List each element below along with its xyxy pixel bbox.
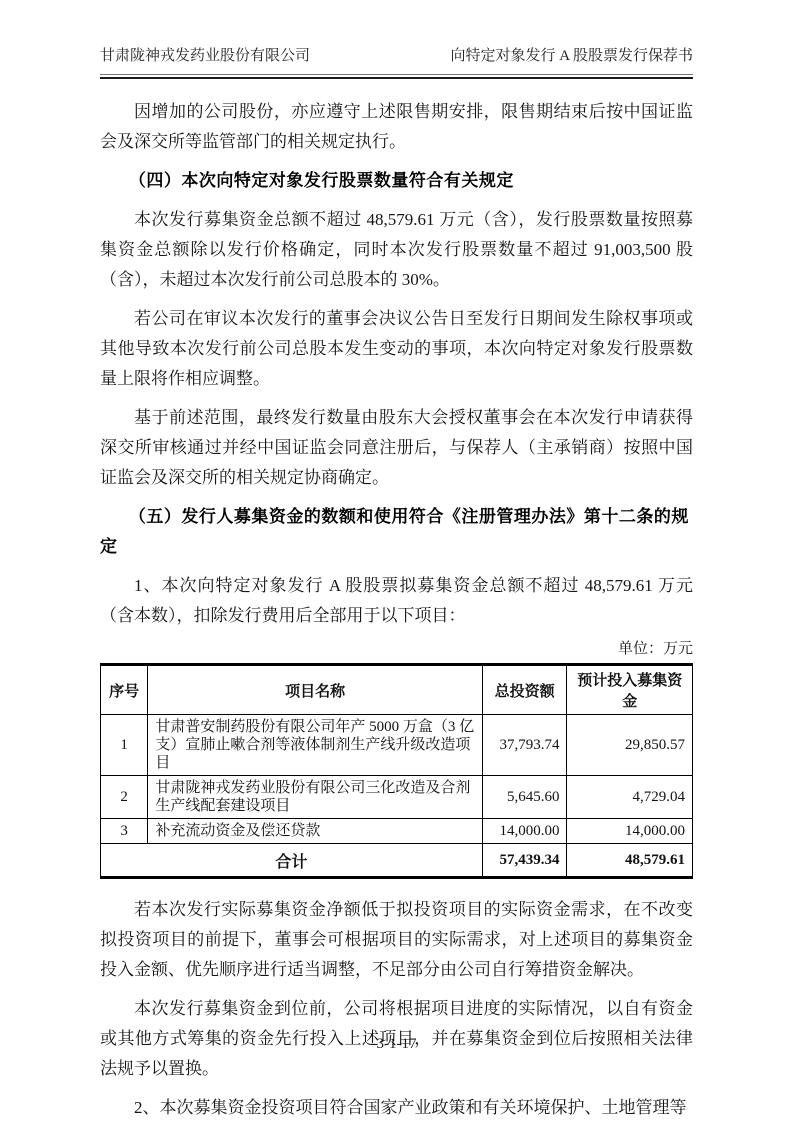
paragraph-issue-amount: 本次发行募集资金总额不超过 48,579.61 万元（含），发行股票数量按照募集… — [100, 205, 693, 295]
row3-no: 3 — [101, 819, 148, 844]
row1-raised-funds: 29,850.57 — [567, 715, 693, 776]
row3-total-investment: 14,000.00 — [482, 819, 567, 844]
fund-usage-table: 序号 项目名称 总投资额 预计投入募集资金 1 甘肃普安制药股份有限公司年产 5… — [100, 663, 693, 879]
row2-no: 2 — [101, 776, 148, 819]
header-divider-rule — [100, 74, 693, 79]
row1-project-name: 甘肃普安制药股份有限公司年产 5000 万盒（3 亿支）宣肺止嗽合剂等液体制剂生… — [148, 715, 482, 776]
table-row: 1 甘肃普安制药股份有限公司年产 5000 万盒（3 亿支）宣肺止嗽合剂等液体制… — [101, 715, 693, 776]
col-header-project-name: 项目名称 — [148, 665, 482, 715]
paragraph-final-quantity: 基于前述范围，最终发行数量由股东大会授权董事会在本次发行申请获得深交所审核通过并… — [100, 403, 693, 493]
row1-no: 1 — [101, 715, 148, 776]
col-header-raised-funds: 预计投入募集资金 — [567, 665, 693, 715]
row2-total-investment: 5,645.60 — [482, 776, 567, 819]
document-page: 甘肃陇神戎发药业股份有限公司 向特定对象发行 A 股股票发行保荐书 因增加的公司… — [0, 0, 793, 1122]
row2-raised-funds: 4,729.04 — [567, 776, 693, 819]
row2-project-name: 甘肃陇神戎发药业股份有限公司三化改造及合剂生产线配套建设项目 — [148, 776, 482, 819]
paragraph-use-intro: 1、本次向特定对象发行 A 股股票拟募集资金总额不超过 48,579.61 万元… — [100, 571, 693, 631]
table-total-row: 合计 57,439.34 48,579.61 — [101, 844, 693, 878]
paragraph-carryover: 因增加的公司股份，亦应遵守上述限售期安排，限售期结束后按中国证监会及深交所等监管… — [100, 97, 693, 157]
section-heading-5: （五）发行人募集资金的数额和使用符合《注册管理办法》第十二条的规定 — [100, 502, 693, 562]
page-header: 甘肃陇神戎发药业股份有限公司 向特定对象发行 A 股股票发行保荐书 — [100, 46, 693, 66]
col-header-no: 序号 — [101, 665, 148, 715]
paragraph-policy: 2、本次募集资金投资项目符合国家产业政策和有关环境保护、土地管理等 — [100, 1093, 693, 1122]
header-company-name: 甘肃陇神戎发药业股份有限公司 — [100, 46, 310, 66]
table-row: 2 甘肃陇神戎发药业股份有限公司三化改造及合剂生产线配套建设项目 5,645.6… — [101, 776, 693, 819]
header-doc-title: 向特定对象发行 A 股股票发行保荐书 — [450, 46, 693, 66]
document-body: 因增加的公司股份，亦应遵守上述限售期安排，限售期结束后按中国证监会及深交所等监管… — [100, 97, 693, 1122]
table-row: 3 补充流动资金及偿还贷款 14,000.00 14,000.00 — [101, 819, 693, 844]
total-row-raised-funds: 48,579.61 — [567, 844, 693, 878]
paragraph-adjustment: 若公司在审议本次发行的董事会决议公告日至发行日期间发生除权事项或其他导致本次发行… — [100, 304, 693, 394]
page-number: 3-1-17 — [0, 1036, 793, 1053]
col-header-total-investment: 总投资额 — [482, 665, 567, 715]
table-unit-label: 单位：万元 — [100, 640, 693, 658]
row1-total-investment: 37,793.74 — [482, 715, 567, 776]
paragraph-shortfall: 若本次发行实际募集资金净额低于拟投资项目的实际资金需求，在不改变拟投资项目的前提… — [100, 895, 693, 985]
section-heading-4: （四）本次向特定对象发行股票数量符合有关规定 — [100, 166, 693, 196]
row3-raised-funds: 14,000.00 — [567, 819, 693, 844]
table-header-row: 序号 项目名称 总投资额 预计投入募集资金 — [101, 665, 693, 715]
row3-project-name: 补充流动资金及偿还贷款 — [148, 819, 482, 844]
total-row-total-investment: 57,439.34 — [482, 844, 567, 878]
total-row-label: 合计 — [101, 844, 483, 878]
